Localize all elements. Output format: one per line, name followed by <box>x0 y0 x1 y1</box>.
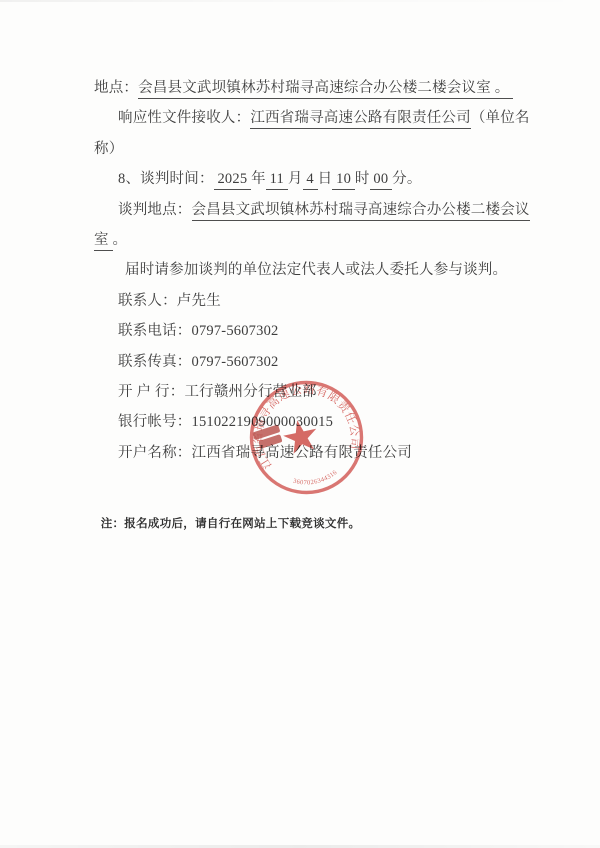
text-segment: 月 <box>288 171 303 187</box>
seal-star-icon: ★ <box>276 408 325 466</box>
document-page: 地点：会昌县文武坝镇林苏村瑞寻高速综合办公楼二楼会议室 。 响应性文件接收人：江… <box>0 0 600 848</box>
text-segment: 。 <box>113 232 128 248</box>
text-line: 届时请参加谈判的单位法定代表人或法人委托人参与谈判。 <box>94 255 554 285</box>
footnote-text: 注：报名成功后，请自行在网站上下载竞谈文件。 <box>101 518 361 530</box>
company-seal-stamp: 江西省瑞寻高速公路有限责任公司 ★ 3607026344316 <box>238 369 374 505</box>
text-line: 称） <box>94 134 554 164</box>
text-line: 联系传真：0797-5607302 <box>94 347 554 377</box>
text-segment: 谈判地点： <box>118 202 192 218</box>
text-segment: 时 <box>355 171 370 187</box>
underlined-text: 江西省瑞寻高速公路有限责任公司 <box>250 110 471 129</box>
text-line: 联系人：卢先生 <box>94 286 554 316</box>
text-segment: 联系电话：0797-5607302 <box>118 323 278 339</box>
underlined-text: 11 <box>266 171 288 190</box>
underlined-text: 室 <box>94 232 113 251</box>
text-line: 响应性文件接收人：江西省瑞寻高速公路有限责任公司（单位名 <box>94 103 554 133</box>
underlined-text: 2025 <box>214 171 251 190</box>
text-segment: 日 <box>318 171 333 187</box>
underlined-text: 4 <box>303 171 318 190</box>
text-segment: 联系人：卢先生 <box>118 293 221 309</box>
text-line: 联系电话：0797-5607302 <box>94 316 554 346</box>
footnote: 注：报名成功后，请自行在网站上下载竞谈文件。 <box>88 494 360 554</box>
text-segment: 地点： <box>94 80 138 96</box>
underlined-text: 会昌县文武坝镇林苏村瑞寻高速综合办公楼二楼会议室 。 <box>138 80 513 99</box>
text-segment: 分。 <box>392 171 421 187</box>
text-segment: 届时请参加谈判的单位法定代表人或法人委托人参与谈判。 <box>125 262 507 278</box>
text-line: 8、谈判时间： 2025 年 11 月 4 日 10 时 00 分。 <box>94 164 554 194</box>
text-segment: 8、谈判时间： <box>118 171 214 187</box>
underlined-text: 00 <box>370 171 393 190</box>
underlined-text: 10 <box>332 171 355 190</box>
text-segment: 年 <box>251 171 266 187</box>
text-segment: 响应性文件接收人： <box>118 110 250 126</box>
text-segment: 称） <box>94 141 123 157</box>
text-line: 室 。 <box>94 225 554 255</box>
text-segment: （单位名 <box>471 110 530 126</box>
text-segment: 联系传真：0797-5607302 <box>118 354 278 370</box>
underlined-text: 会昌县文武坝镇林苏村瑞寻高速综合办公楼二楼会议 <box>192 202 530 221</box>
text-line: 谈判地点：会昌县文武坝镇林苏村瑞寻高速综合办公楼二楼会议 <box>94 195 554 225</box>
text-line: 地点：会昌县文武坝镇林苏村瑞寻高速综合办公楼二楼会议室 。 <box>94 73 554 103</box>
